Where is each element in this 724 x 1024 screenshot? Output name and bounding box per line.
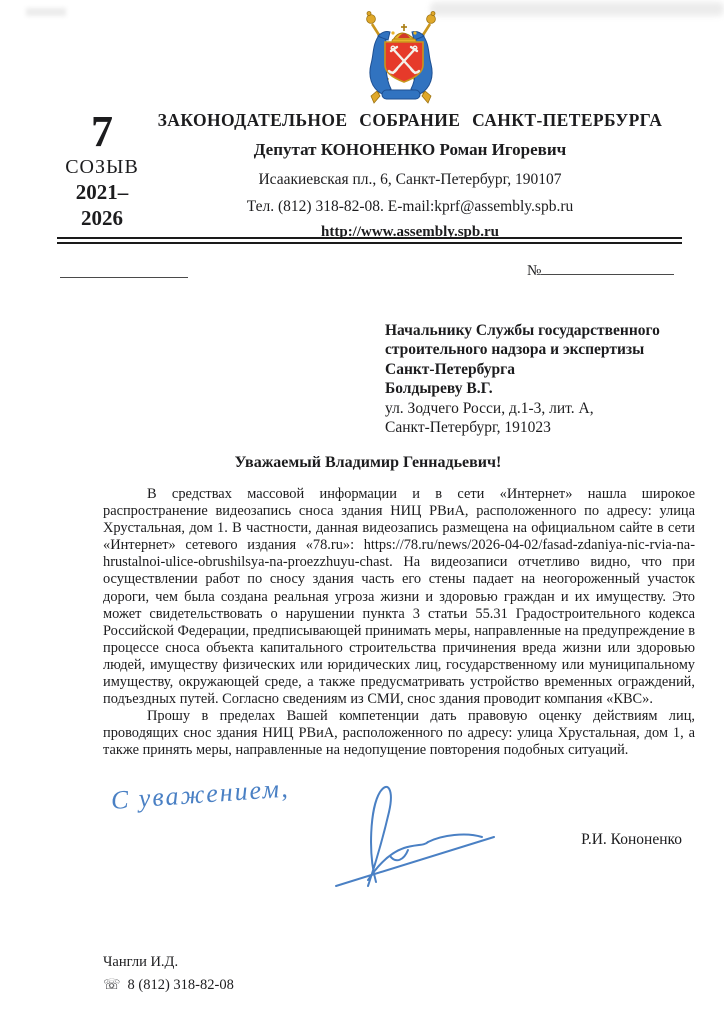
convocation-word: СОЗЫВ <box>52 157 152 177</box>
scan-artifact <box>430 2 724 16</box>
letterhead-address: Исаакиевская пл., 6, Санкт-Петербург, 19… <box>150 171 670 189</box>
letter-body: В средствах массовой информации и в сети… <box>103 486 695 760</box>
phone-icon: ☏ <box>103 977 121 993</box>
letterhead-contacts: Тел. (812) 318-82-08. E-mail:kprf@assemb… <box>150 198 670 216</box>
scan-artifact <box>26 8 66 16</box>
date-blank-line <box>60 262 188 278</box>
recipient-address-line: Санкт-Петербург, 191023 <box>385 418 680 437</box>
executor-block: Чангли И.Д. ☏8 (812) 318-82-08 <box>103 951 234 997</box>
deputy-name-line: Депутат КОНОНЕНКО Роман Игоревич <box>150 140 670 160</box>
signer-name: Р.И. Кононенко <box>480 831 682 849</box>
handwritten-closing: С уважением, <box>110 774 290 816</box>
executor-phone: 8 (812) 318-82-08 <box>128 977 234 993</box>
signature <box>330 780 500 892</box>
letterhead-divider <box>57 237 682 244</box>
letterhead-block: ЗАКОНОДАТЕЛЬНОЕ СОБРАНИЕ САНКТ-ПЕТЕРБУРГ… <box>150 110 670 241</box>
recipient-line: строительного надзора и экспертизы <box>385 340 680 359</box>
coat-of-arms-icon <box>358 6 444 108</box>
scanned-letter-page: 7 СОЗЫВ 2021– 2026 ЗАКОНОДАТЕЛЬНОЕ СОБРА… <box>0 0 724 1024</box>
recipient-name: Болдыреву В.Г. <box>385 379 680 398</box>
salutation: Уважаемый Владимир Геннадьевич! <box>0 454 724 472</box>
recipient-line: Начальнику Службы государственного <box>385 321 680 340</box>
convocation-years-to: 2026 <box>52 208 152 229</box>
recipient-block: Начальнику Службы государственного строи… <box>385 321 680 437</box>
executor-phone-row: ☏8 (812) 318-82-08 <box>103 974 234 997</box>
body-paragraph-2: Прошу в пределах Вашей компетенции дать … <box>103 708 695 759</box>
executor-name: Чангли И.Д. <box>103 951 234 974</box>
number-blank-line <box>541 260 674 275</box>
organization-name: ЗАКОНОДАТЕЛЬНОЕ СОБРАНИЕ САНКТ-ПЕТЕРБУРГ… <box>150 110 670 131</box>
convocation-years-from: 2021– <box>52 182 152 203</box>
convocation-block: 7 СОЗЫВ 2021– 2026 <box>52 110 152 229</box>
body-paragraph-1: В средствах массовой информации и в сети… <box>103 486 695 708</box>
recipient-address-line: ул. Зодчего Росси, д.1-3, лит. А, <box>385 399 680 418</box>
convocation-number: 7 <box>52 110 152 154</box>
recipient-line: Санкт-Петербурга <box>385 360 680 379</box>
reference-number-row: № <box>527 260 682 280</box>
number-sign: № <box>527 263 541 279</box>
